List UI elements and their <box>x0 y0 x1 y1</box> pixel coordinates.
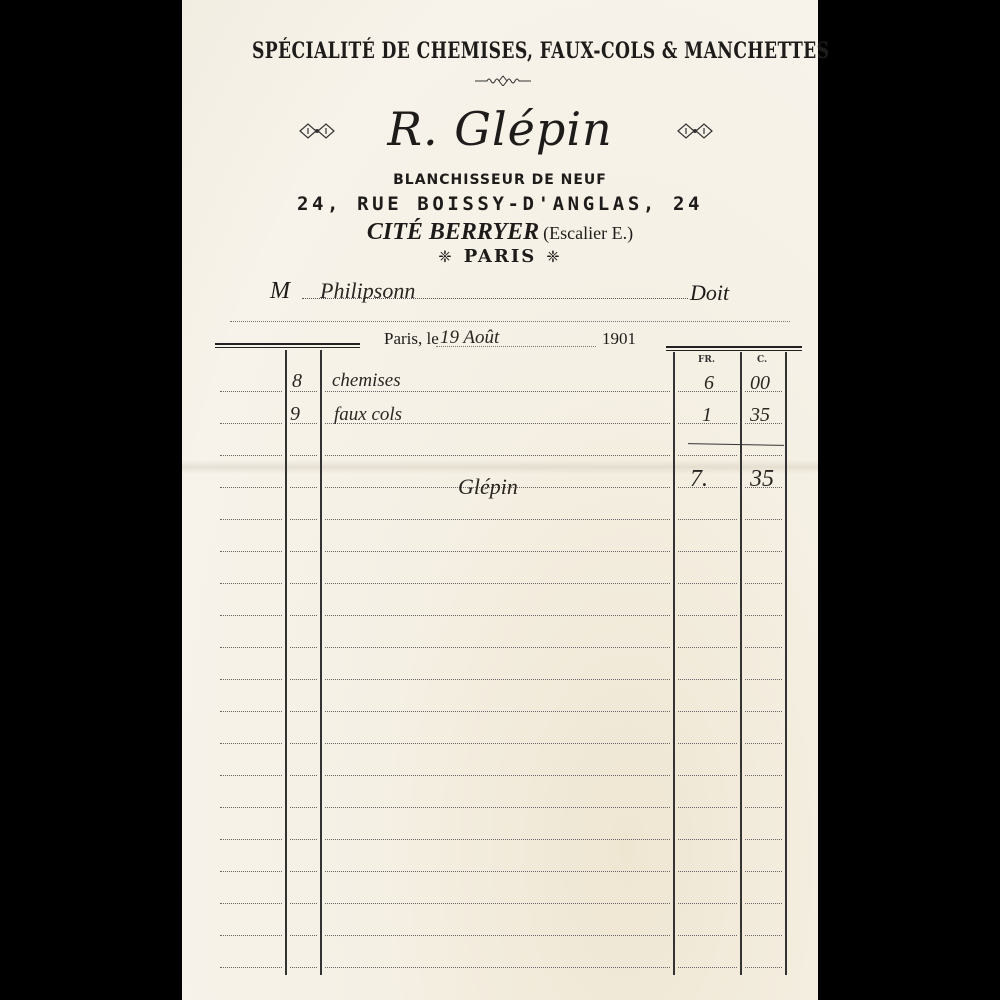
dotted-rule <box>678 743 737 744</box>
star-right-icon: ❈ <box>546 247 561 266</box>
dotted-rule <box>745 679 782 680</box>
dotted-rule <box>290 775 317 776</box>
dotted-rule <box>678 903 737 904</box>
dotted-rule <box>290 615 317 616</box>
dotted-rule <box>678 583 737 584</box>
table-row <box>182 455 818 456</box>
escalier-note: (Escalier E.) <box>543 223 633 243</box>
street-address: 24, RUE BOISSY-D'ANGLAS, 24 <box>182 193 818 215</box>
dotted-rule <box>325 871 670 872</box>
dotted-rule <box>220 647 282 648</box>
table-row <box>182 615 818 616</box>
ornament-right-icon <box>676 120 714 142</box>
dotted-rule <box>220 775 282 776</box>
dotted-rule <box>220 903 282 904</box>
dotted-rule <box>745 455 782 456</box>
dotted-rule <box>290 839 317 840</box>
dotted-rule <box>220 519 282 520</box>
item-description: faux cols <box>334 404 402 426</box>
dotted-rule <box>220 583 282 584</box>
dotted-rule <box>325 807 670 808</box>
column-line-c-left <box>740 352 742 975</box>
dotted-rule <box>745 615 782 616</box>
city-name: PARIS <box>464 246 537 267</box>
dotted-rule <box>745 583 782 584</box>
business-name: R. Glépin <box>182 102 818 156</box>
dotted-rule <box>290 455 317 456</box>
table-row <box>182 583 818 584</box>
dotted-rule <box>290 903 317 904</box>
item-description: chemises <box>332 370 401 392</box>
dotted-rule <box>290 711 317 712</box>
dotted-rule <box>745 743 782 744</box>
total-c: 35 <box>750 466 774 493</box>
dotted-rule <box>745 903 782 904</box>
item-fr: 6 <box>704 372 714 395</box>
table-row <box>182 871 818 872</box>
dotted-rule <box>745 519 782 520</box>
cite-name: CITÉ BERRYER <box>367 219 539 245</box>
item-fr: 1 <box>702 404 712 427</box>
dotted-rule <box>220 807 282 808</box>
dotted-rule <box>290 967 317 968</box>
dotted-rule <box>290 519 317 520</box>
dotted-rule <box>290 743 317 744</box>
table-row <box>182 839 818 840</box>
table-row <box>182 423 818 424</box>
dotted-rule <box>678 935 737 936</box>
item-c: 35 <box>750 404 770 427</box>
date-value: 19 Août <box>440 327 499 349</box>
dotted-rule <box>678 647 737 648</box>
address-dotted-line <box>230 321 790 322</box>
col-header-fr: FR. <box>698 355 715 365</box>
dotted-rule <box>745 551 782 552</box>
dotted-rule <box>220 967 282 968</box>
dotted-rule <box>290 647 317 648</box>
dotted-rule <box>290 871 317 872</box>
dotted-rule <box>678 807 737 808</box>
flourish-divider-icon <box>475 74 531 86</box>
column-line-fr-left <box>673 352 675 975</box>
left-double-rule <box>215 343 360 348</box>
dotted-rule <box>220 679 282 680</box>
dotted-rule <box>678 967 737 968</box>
dotted-rule <box>745 935 782 936</box>
table-row <box>182 391 818 392</box>
dotted-rule <box>678 455 737 456</box>
dotted-rule <box>220 839 282 840</box>
table-row <box>182 967 818 968</box>
dotted-rule <box>290 935 317 936</box>
table-row <box>182 775 818 776</box>
specialty-heading: SPÉCIALITÉ DE CHEMISES, FAUX-COLS & MANC… <box>252 38 748 64</box>
dotted-rule <box>325 519 670 520</box>
dotted-rule <box>678 519 737 520</box>
trade-subtitle: BLANCHISSEUR DE NEUF <box>182 172 818 188</box>
dotted-rule <box>678 679 737 680</box>
dotted-rule <box>678 615 737 616</box>
dotted-rule <box>325 679 670 680</box>
table-row <box>182 711 818 712</box>
dotted-rule <box>678 711 737 712</box>
dotted-rule <box>220 743 282 744</box>
dotted-rule <box>325 935 670 936</box>
dotted-rule <box>325 903 670 904</box>
paper-fold <box>182 460 818 474</box>
item-qty: 9 <box>290 403 300 426</box>
dotted-rule <box>745 807 782 808</box>
dotted-rule <box>678 839 737 840</box>
city-line: ❈PARIS❈ <box>182 246 818 267</box>
dotted-rule <box>678 551 737 552</box>
signature: Glépin <box>458 474 518 500</box>
dotted-rule <box>325 775 670 776</box>
table-row <box>182 935 818 936</box>
dotted-rule <box>325 743 670 744</box>
dotted-rule <box>290 807 317 808</box>
date-label: Paris, le <box>384 329 439 349</box>
dotted-rule <box>220 871 282 872</box>
dotted-rule <box>745 647 782 648</box>
table-row <box>182 551 818 552</box>
right-double-rule <box>666 346 802 351</box>
dotted-rule <box>325 551 670 552</box>
dotted-rule <box>220 487 282 488</box>
dotted-rule <box>290 583 317 584</box>
dotted-rule <box>745 967 782 968</box>
dotted-rule <box>220 391 282 392</box>
dotted-rule <box>220 711 282 712</box>
column-line-c-right <box>785 352 787 975</box>
column-line-qty-left <box>285 350 287 975</box>
doit-label: Doit <box>690 280 729 306</box>
dotted-rule <box>220 423 282 424</box>
dotted-rule <box>325 839 670 840</box>
dotted-rule <box>745 871 782 872</box>
dotted-rule <box>325 967 670 968</box>
dotted-rule <box>290 679 317 680</box>
cite-line: CITÉ BERRYER (Escalier E.) <box>182 219 818 246</box>
item-qty: 8 <box>292 370 302 393</box>
client-name: Philipsonn <box>320 278 415 304</box>
dotted-rule <box>745 711 782 712</box>
table-row <box>182 743 818 744</box>
item-c: 00 <box>750 372 770 395</box>
dotted-rule <box>325 647 670 648</box>
dotted-rule <box>325 711 670 712</box>
table-row <box>182 807 818 808</box>
dotted-rule <box>745 775 782 776</box>
dotted-rule <box>220 615 282 616</box>
table-row <box>182 679 818 680</box>
dotted-rule <box>745 839 782 840</box>
client-prefix: M <box>270 278 290 305</box>
column-line-qty-right <box>320 350 322 975</box>
table-row <box>182 519 818 520</box>
invoice-paper: SPÉCIALITÉ DE CHEMISES, FAUX-COLS & MANC… <box>182 0 818 1000</box>
dotted-rule <box>325 583 670 584</box>
date-year: 1901 <box>602 329 636 349</box>
dotted-rule <box>678 775 737 776</box>
dotted-rule <box>220 935 282 936</box>
total-fr: 7. <box>690 466 708 493</box>
dotted-rule <box>290 551 317 552</box>
dotted-rule <box>290 487 317 488</box>
table-row <box>182 903 818 904</box>
col-header-c: C. <box>757 355 767 365</box>
total-rule <box>688 443 784 446</box>
dotted-rule <box>220 551 282 552</box>
dotted-rule <box>220 455 282 456</box>
table-row <box>182 647 818 648</box>
star-left-icon: ❈ <box>438 247 453 266</box>
dotted-rule <box>325 615 670 616</box>
dotted-rule <box>325 455 670 456</box>
dotted-rule <box>678 871 737 872</box>
